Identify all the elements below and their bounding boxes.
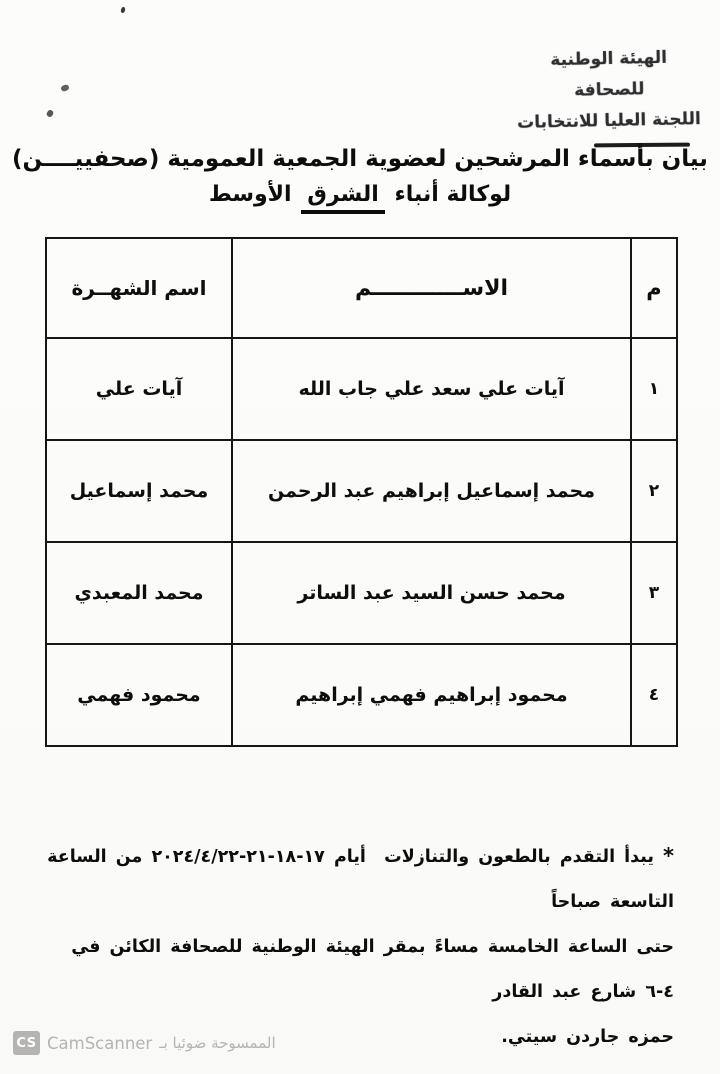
- row-number: ٢: [631, 440, 677, 542]
- row-nickname: محمود فهمي: [46, 644, 232, 746]
- camscanner-brand-text: CamScanner: [47, 1034, 152, 1053]
- footnote-dates: ٢٠٢٤/٤/٢٢-٢١-١٨-١٧: [151, 847, 324, 867]
- camscanner-arabic-label: الممسوحة ضوئيا بـ: [159, 1034, 275, 1052]
- table-row: ٣ محمد حسن السيد عبد الساتر محمد المعبدي: [46, 542, 677, 644]
- candidates-table: م الاســــــــــــم اسم الشهــرة ١ آيات …: [45, 237, 678, 747]
- row-nickname: محمد إسماعيل: [46, 440, 232, 542]
- header-name-column: الاســــــــــــم: [232, 238, 631, 338]
- header-number-column: م: [631, 238, 677, 338]
- row-nickname: آيات علي: [46, 338, 232, 440]
- row-number: ٣: [631, 542, 677, 644]
- header-nickname-column: اسم الشهــرة: [46, 238, 232, 338]
- table-header-row: م الاســــــــــــم اسم الشهــرة: [46, 238, 677, 338]
- letterhead-authority-line: الهيئة الوطنية للصحافة: [513, 42, 704, 108]
- title-line2-suffix: الأوسط: [209, 182, 292, 207]
- footnote-bullet: *: [663, 844, 674, 868]
- row-number: ٤: [631, 644, 677, 746]
- footnote-line2-text: حتى الساعة الخامسة مساءً بمقر الهيئة الو…: [71, 937, 674, 957]
- camscanner-watermark: CS CamScanner الممسوحة ضوئيا بـ: [13, 1031, 276, 1055]
- ink-speck: [120, 7, 125, 14]
- row-name: محمود إبراهيم فهمي إبراهيم: [232, 644, 631, 746]
- camscanner-logo-icon: CS: [13, 1031, 40, 1055]
- ink-speck: [60, 84, 70, 92]
- title-line-1: بيان بأسماء المرشحين لعضوية الجمعية العم…: [0, 146, 720, 172]
- title-line-2: لوكالة أنباء الشرق الأوسط: [0, 182, 720, 207]
- table-row: ٢ محمد إسماعيل إبراهيم عبد الرحمن محمد إ…: [46, 440, 677, 542]
- footnote-line2-tail: شارع عبد القادر: [492, 982, 645, 1002]
- ink-speck: [46, 109, 55, 118]
- title-underlined-word: الشرق: [301, 182, 385, 214]
- row-name: آيات علي سعد علي جاب الله: [232, 338, 631, 440]
- footnote-line-1: *يبدأ التقدم بالطعون والتنازلات أيام ٢٠٢…: [38, 834, 674, 925]
- scanned-document-page: الهيئة الوطنية للصحافة اللجنة العليا للا…: [0, 0, 720, 1074]
- row-name: محمد حسن السيد عبد الساتر: [232, 542, 631, 644]
- row-name: محمد إسماعيل إبراهيم عبد الرحمن: [232, 440, 631, 542]
- document-title: بيان بأسماء المرشحين لعضوية الجمعية العم…: [0, 146, 720, 207]
- footnote-line1-text: يبدأ التقدم بالطعون والتنازلات أيام: [325, 847, 654, 867]
- footnote-line-2: حتى الساعة الخامسة مساءً بمقر الهيئة الو…: [38, 925, 674, 1015]
- row-number: ١: [631, 338, 677, 440]
- letterhead: الهيئة الوطنية للصحافة اللجنة العليا للا…: [514, 44, 704, 147]
- row-nickname: محمد المعبدي: [46, 542, 232, 644]
- table-row: ١ آيات علي سعد علي جاب الله آيات علي: [46, 338, 677, 440]
- footnote: *يبدأ التقدم بالطعون والتنازلات أيام ٢٠٢…: [38, 834, 674, 1060]
- footnote-address-numbers: ٦-٤: [645, 982, 674, 1002]
- letterhead-committee-line: اللجنة العليا للانتخابات: [514, 104, 705, 139]
- table-row: ٤ محمود إبراهيم فهمي إبراهيم محمود فهمي: [46, 644, 677, 746]
- title-line2-prefix: لوكالة أنباء: [395, 182, 512, 207]
